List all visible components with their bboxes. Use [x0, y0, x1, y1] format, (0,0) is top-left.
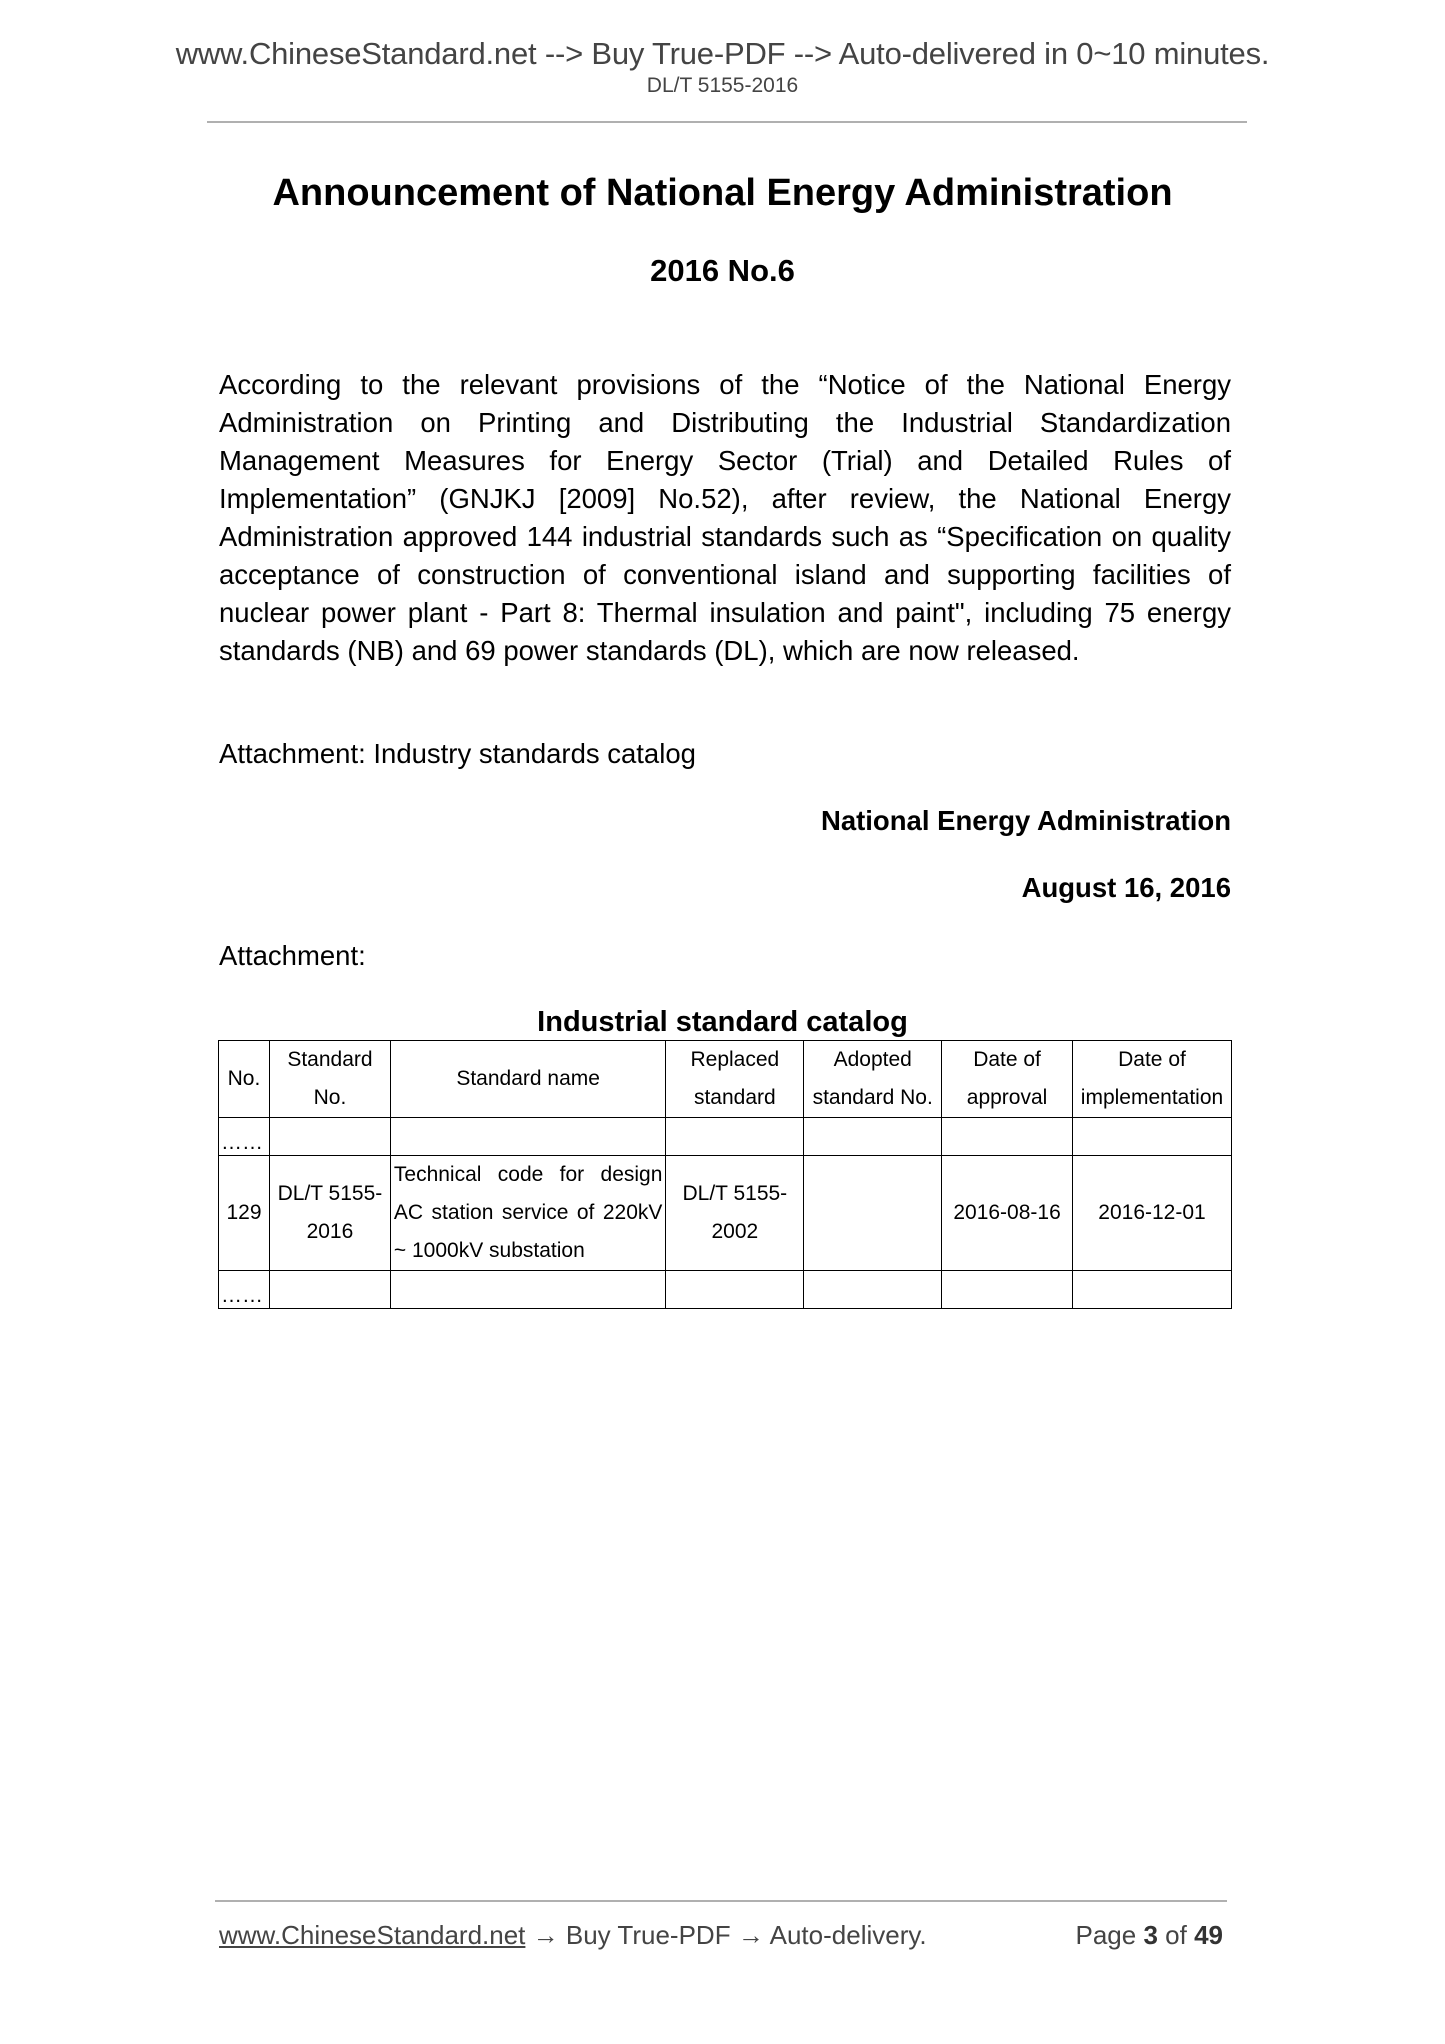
footer-delivery-text: Auto-delivery. [770, 1920, 927, 1950]
arrow-right-icon: → [738, 1920, 764, 1950]
cell-standard-no: DL/T 5155-2016 [269, 1156, 390, 1271]
col-header-no: No. [219, 1041, 270, 1118]
col-header-replaced: Replacedstandard [666, 1041, 804, 1118]
signature-date: August 16, 2016 [1022, 872, 1231, 904]
cell-approval-date: 2016-08-16 [942, 1156, 1073, 1271]
cell-no: 129 [219, 1156, 270, 1271]
footer-buy-text: Buy True-PDF [566, 1920, 731, 1950]
signature-org: National Energy Administration [821, 805, 1231, 837]
body-paragraph: According to the relevant provisions of … [219, 366, 1231, 670]
col-header-approval-date: Date ofapproval [942, 1041, 1073, 1118]
footer-left: www.ChineseStandard.net → Buy True-PDF →… [219, 1920, 927, 1951]
announcement-number: 2016 No.6 [0, 253, 1445, 289]
header-banner: www.ChineseStandard.net --> Buy True-PDF… [0, 36, 1445, 72]
header-divider [207, 121, 1247, 123]
col-header-standard-no: StandardNo. [269, 1041, 390, 1118]
table-row-ellipsis: …… [219, 1118, 1232, 1156]
footer-divider [215, 1900, 1227, 1902]
total-pages: 49 [1194, 1920, 1223, 1950]
header-doc-code: DL/T 5155-2016 [0, 74, 1445, 98]
arrow-right-icon: → [533, 1920, 559, 1950]
current-page: 3 [1143, 1920, 1157, 1950]
footer-site-link[interactable]: www.ChineseStandard.net [219, 1920, 525, 1950]
ellipsis-cell: …… [219, 1271, 270, 1309]
col-header-implementation-date: Date ofimplementation [1072, 1041, 1231, 1118]
col-header-adopted: Adoptedstandard No. [804, 1041, 942, 1118]
page-indicator: Page 3 of 49 [1075, 1920, 1223, 1951]
col-header-standard-name: Standard name [390, 1041, 666, 1118]
table-row: 129 DL/T 5155-2016 Technical code for de… [219, 1156, 1232, 1271]
catalog-title: Industrial standard catalog [0, 1006, 1445, 1039]
cell-standard-name: Technical code for design AC station ser… [390, 1156, 666, 1271]
cell-implementation-date: 2016-12-01 [1072, 1156, 1231, 1271]
table-row-ellipsis: …… [219, 1271, 1232, 1309]
ellipsis-cell: …… [219, 1118, 270, 1156]
cell-adopted-standard [804, 1156, 942, 1271]
attachment-line: Attachment: Industry standards catalog [219, 738, 696, 770]
catalog-table: No. StandardNo. Standard name Replacedst… [218, 1040, 1232, 1309]
page-title: Announcement of National Energy Administ… [0, 172, 1445, 215]
cell-replaced-standard: DL/T 5155-2002 [666, 1156, 804, 1271]
table-header-row: No. StandardNo. Standard name Replacedst… [219, 1041, 1232, 1118]
attachment-label: Attachment: [219, 940, 366, 972]
